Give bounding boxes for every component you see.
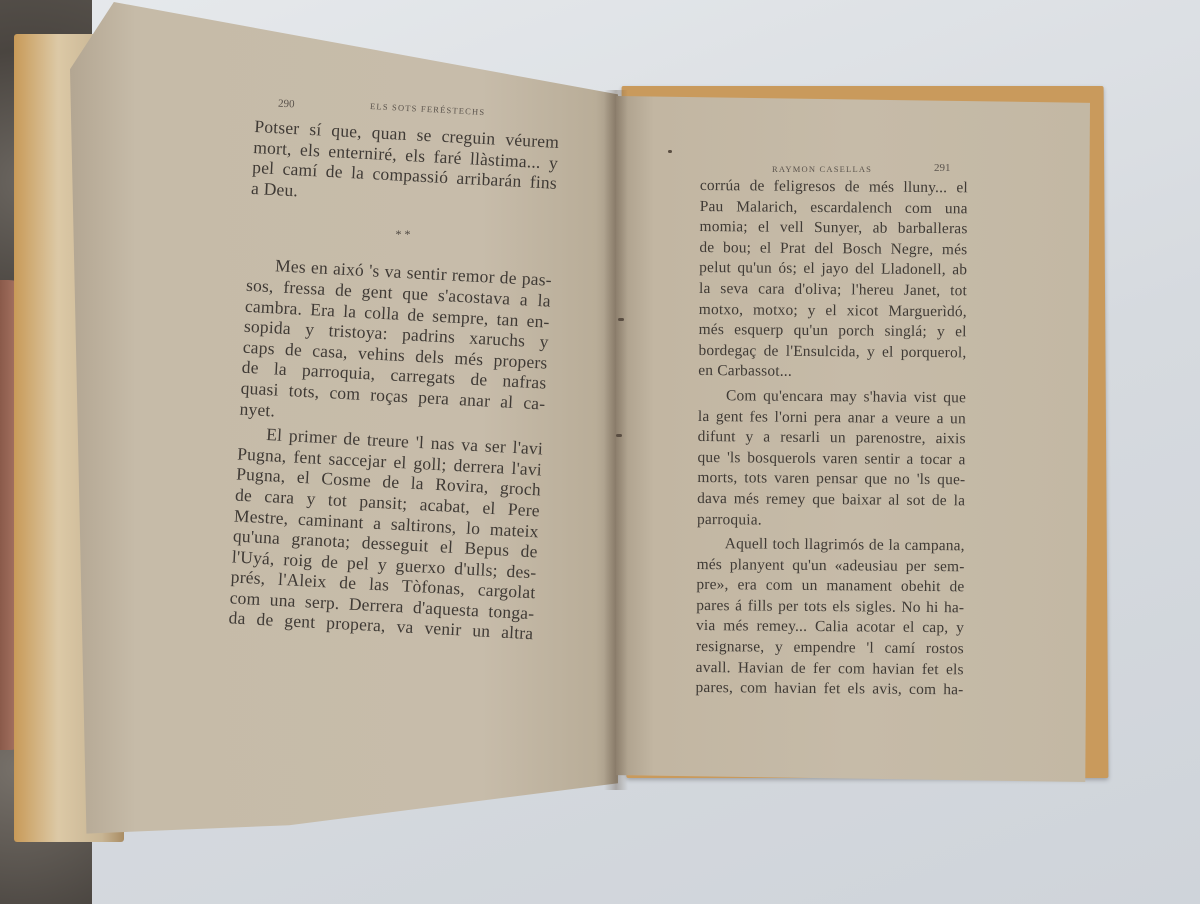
right-running-head: RAYMON CASELLAS — [772, 164, 872, 174]
text-line: avall. Havian de fer com havian fet els — [696, 658, 964, 681]
text-line: momia; el vell Sunyer, ab barballeras — [699, 217, 967, 240]
text-line: en Carbassot... — [698, 361, 966, 384]
left-page-number: 290 — [278, 98, 295, 111]
text-line: Pau Malarich, escardalench com una — [700, 197, 968, 220]
text-line: corrúa de feligresos de més lluny... el — [700, 176, 968, 199]
text-line: Com qu'encara may s'havia vist que — [698, 386, 966, 409]
text-line: difunt y a resarli un parenostre, aixis — [698, 427, 966, 450]
section-break-asterism: * * — [393, 230, 413, 238]
text-line: Aquell toch llagrimós de la campana, — [697, 534, 965, 557]
text-line: bordegaç de l'Ensulcida, y el porquerol, — [698, 341, 966, 364]
text-line: motxo, motxo; y el xicot Marguerìdó, — [699, 300, 967, 323]
text-line: pares á fills per tots els sigles. No hi… — [696, 596, 964, 619]
text-line: resignarse, y empendre 'l camí rostos — [696, 637, 964, 660]
text-line: més esquerp qu'un porch singlá; y el — [699, 320, 967, 343]
left-page-text: Potser sí que, quan se creguin véurem mo… — [228, 116, 559, 644]
text-line: via més remey... Calia acotar el cap, y — [696, 616, 964, 639]
text-line: que 'ls bosquerols varen sentir a tocar … — [697, 448, 965, 471]
paper-stain — [616, 434, 622, 437]
text-line: pares, com havian fet els avis, com ha- — [695, 678, 963, 701]
text-line: dava més remey que baixar al sot de la — [697, 489, 965, 512]
right-page-number: 291 — [934, 162, 951, 174]
text-line: la gent fes l'orni pera anar a veure a u… — [698, 407, 966, 430]
paper-stain — [668, 150, 672, 153]
book-gutter — [604, 90, 628, 790]
right-page-text: corrúa de feligresos de més lluny... el … — [695, 176, 968, 701]
paper-stain — [618, 318, 624, 321]
text-line: morts, tots varen pensar que no 'ls que- — [697, 468, 965, 491]
text-line: més planyent qu'un «adeusiau per sem- — [697, 555, 965, 578]
text-line: pre», era com un manament obehit de — [696, 575, 964, 598]
text-line: de bou; el Prat del Bosch Negre, més — [699, 238, 967, 261]
text-line: parroquia. — [697, 509, 965, 532]
text-line: pelut qu'un ós; el jayo del Lladonell, a… — [699, 258, 967, 281]
text-line: la seva cara d'oliva; l'hereu Janet, tot — [699, 279, 967, 302]
